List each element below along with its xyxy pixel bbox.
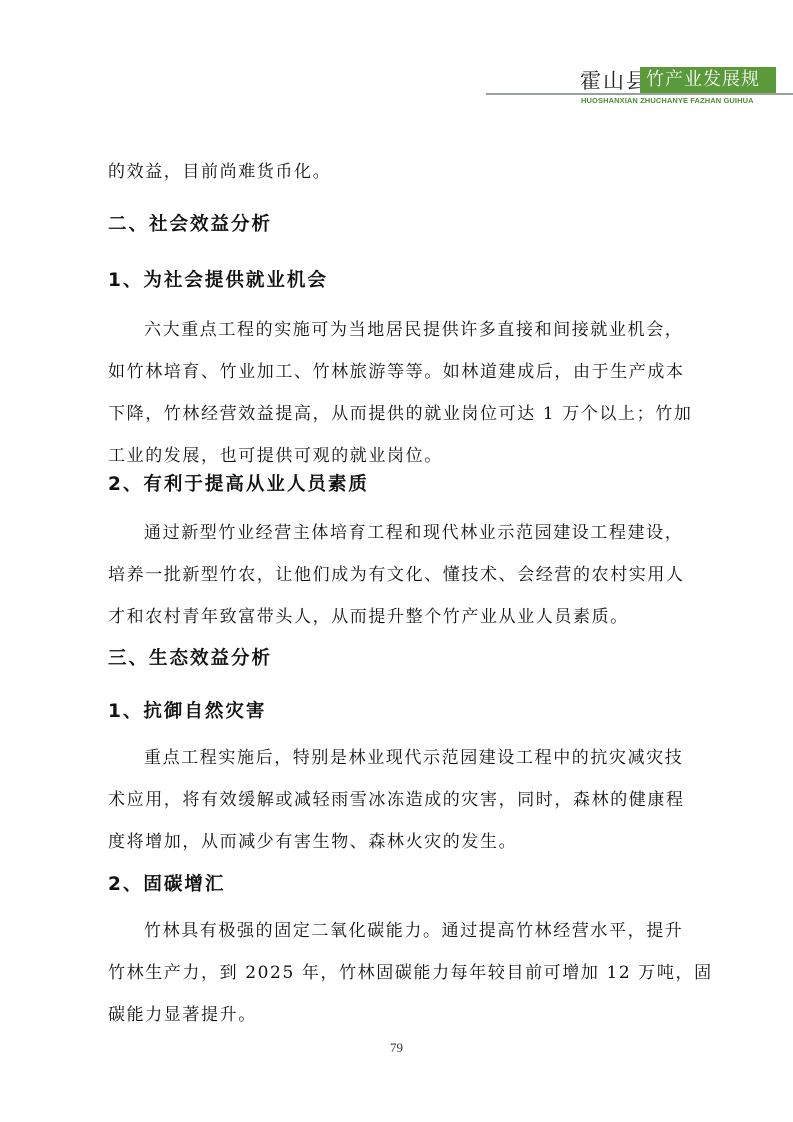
paragraph-line: 竹林具有极强的固定二氧化碳能力。通过提高竹林经营水平，提升 (108, 910, 688, 952)
paragraph-line: 六大重点工程的实施可为当地居民提供许多直接和间接就业机会， (108, 309, 688, 351)
paragraph-employment: 六大重点工程的实施可为当地居民提供许多直接和间接就业机会， 如竹林培育、竹业加工… (108, 309, 688, 477)
page-header: 霍山县 竹产业发展规划 HUOSHANXIAN ZHUCHANYE FAZHAN… (0, 0, 793, 110)
subheading-quality: 2、有利于提高从业人员素质 (108, 470, 369, 496)
paragraph-line: 下降，竹林经营效益提高，从而提供的就业岗位可达 1 万个以上；竹加 (108, 393, 688, 435)
paragraph-line: 培养一批新型竹农，让他们成为有文化、懂技术、会经营的农村实用人 (108, 554, 688, 596)
paragraph-line: 如竹林培育、竹业加工、竹林旅游等等。如林道建成后，由于生产成本 (108, 351, 688, 393)
subheading-carbon: 2、固碳增汇 (108, 870, 225, 896)
paragraph-quality: 通过新型竹业经营主体培育工程和现代林业示范园建设工程建设， 培养一批新型竹农，让… (108, 512, 688, 638)
county-name: 霍山县 (580, 68, 649, 94)
paragraph-line: 术应用，将有效缓解或减轻雨雪冰冻造成的灾害，同时，森林的健康程 (108, 779, 688, 821)
plan-title-badge: 竹产业发展规划 (640, 67, 776, 93)
subheading-employment: 1、为社会提供就业机会 (108, 266, 328, 292)
paragraph-line: 的效益，目前尚难货币化。 (108, 151, 688, 193)
page-number: 79 (0, 1040, 793, 1056)
section-heading-ecological: 三、生态效益分析 (108, 644, 272, 670)
header-rule (486, 93, 793, 95)
paragraph-disaster: 重点工程实施后，特别是林业现代示范园建设工程中的抗灾减灾技 术应用，将有效缓解或… (108, 737, 688, 863)
section-heading-social: 二、社会效益分析 (108, 210, 272, 236)
paragraph-line: 度将增加，从而减少有害生物、森林火灾的发生。 (108, 821, 688, 863)
paragraph-line: 重点工程实施后，特别是林业现代示范园建设工程中的抗灾减灾技 (108, 737, 688, 779)
subheading-disaster: 1、抗御自然灾害 (108, 697, 266, 723)
paragraph-line: 碳能力显著提升。 (108, 994, 688, 1036)
header-subtitle: HUOSHANXIAN ZHUCHANYE FAZHAN GUIHUA (581, 96, 754, 105)
paragraph-line: 才和农村青年致富带头人，从而提升整个竹产业从业人员素质。 (108, 596, 688, 638)
continuation-paragraph: 的效益，目前尚难货币化。 (108, 151, 688, 193)
paragraph-line: 竹林生产力，到 2025 年，竹林固碳能力每年较目前可增加 12 万吨，固 (108, 952, 688, 994)
paragraph-line: 通过新型竹业经营主体培育工程和现代林业示范园建设工程建设， (108, 512, 688, 554)
paragraph-carbon: 竹林具有极强的固定二氧化碳能力。通过提高竹林经营水平，提升 竹林生产力，到 20… (108, 910, 688, 1036)
